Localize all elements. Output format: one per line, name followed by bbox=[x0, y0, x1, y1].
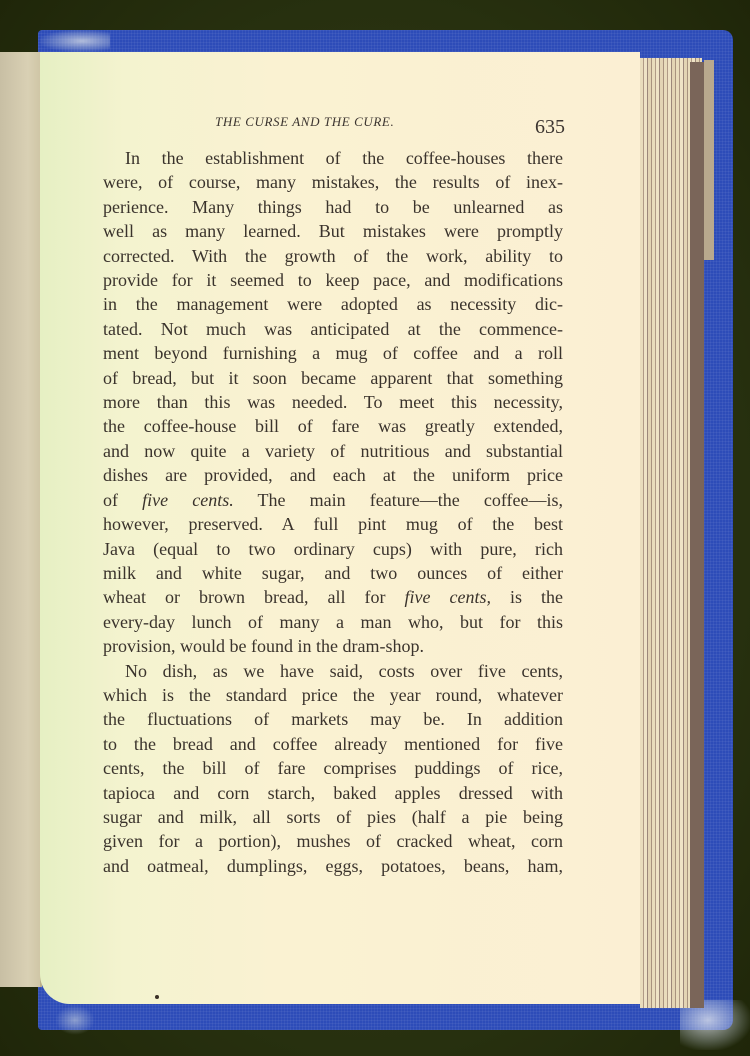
text-line: and oatmeal, dumplings, eggs, potatoes, … bbox=[103, 854, 563, 878]
text-run: wheat or brown bread, all for bbox=[103, 587, 405, 607]
text-line: well as many learned. But mistakes were … bbox=[103, 219, 563, 243]
text-line: given for a portion), mushes of cracked … bbox=[103, 829, 563, 853]
text-line-with-italic: of five cents. The main feature—the coff… bbox=[103, 488, 563, 512]
text-run: of bbox=[103, 490, 142, 510]
ink-spot bbox=[155, 995, 159, 999]
text-line: the coffee-house bill of fare was greatl… bbox=[103, 414, 563, 438]
text-line: more than this was needed. To meet this … bbox=[103, 390, 563, 414]
text-line: milk and white sugar, and two ounces of … bbox=[103, 561, 563, 585]
italic-phrase: five cents, bbox=[405, 587, 491, 607]
text-line: Java (equal to two ordinary cups) with p… bbox=[103, 537, 563, 561]
text-line: perience. Many things had to be unlearne… bbox=[103, 195, 563, 219]
text-line: In the establishment of the coffee-house… bbox=[103, 146, 563, 170]
text-line: to the bread and coffee already mentione… bbox=[103, 732, 563, 756]
text-line: and now quite a variety of nutritious an… bbox=[103, 439, 563, 463]
text-line: in the management were adopted as necess… bbox=[103, 292, 563, 316]
cover-fray bbox=[55, 1005, 95, 1035]
text-run: The main feature—the coffee—is, bbox=[234, 490, 563, 510]
text-line: every-day lunch of many a man who, but f… bbox=[103, 610, 563, 634]
text-line: which is the standard price the year rou… bbox=[103, 683, 563, 707]
facing-page-edge bbox=[0, 52, 42, 987]
text-line: No dish, as we have said, costs over fiv… bbox=[103, 659, 563, 683]
text-run: is the bbox=[491, 587, 563, 607]
text-line: corrected. With the growth of the work, … bbox=[103, 244, 563, 268]
page-edges-shadow bbox=[690, 62, 704, 1008]
running-head: THE CURSE AND THE CURE. bbox=[215, 114, 394, 130]
page-number: 635 bbox=[535, 116, 565, 139]
text-line: tapioca and corn starch, baked apples dr… bbox=[103, 781, 563, 805]
text-line: provide for it seemed to keep pace, and … bbox=[103, 268, 563, 292]
text-line: cents, the bill of fare comprises puddin… bbox=[103, 756, 563, 780]
endpaper-edge bbox=[704, 60, 714, 260]
text-line: provision, would be found in the dram-sh… bbox=[103, 634, 563, 658]
italic-phrase: five cents. bbox=[142, 490, 234, 510]
text-line-with-italic: wheat or brown bread, all for five cents… bbox=[103, 585, 563, 609]
text-line: were, of course, many mistakes, the resu… bbox=[103, 170, 563, 194]
cover-fray bbox=[40, 30, 110, 52]
text-line: of bread, but it soon became apparent th… bbox=[103, 366, 563, 390]
text-line: sugar and milk, all sorts of pies (half … bbox=[103, 805, 563, 829]
text-line: tated. Not much was anticipated at the c… bbox=[103, 317, 563, 341]
text-line: however, preserved. A full pint mug of t… bbox=[103, 512, 563, 536]
text-line: dishes are provided, and each at the uni… bbox=[103, 463, 563, 487]
body-text: In the establishment of the coffee-house… bbox=[103, 146, 563, 878]
text-line: ment beyond furnishing a mug of coffee a… bbox=[103, 341, 563, 365]
text-line: the fluctuations of markets may be. In a… bbox=[103, 707, 563, 731]
